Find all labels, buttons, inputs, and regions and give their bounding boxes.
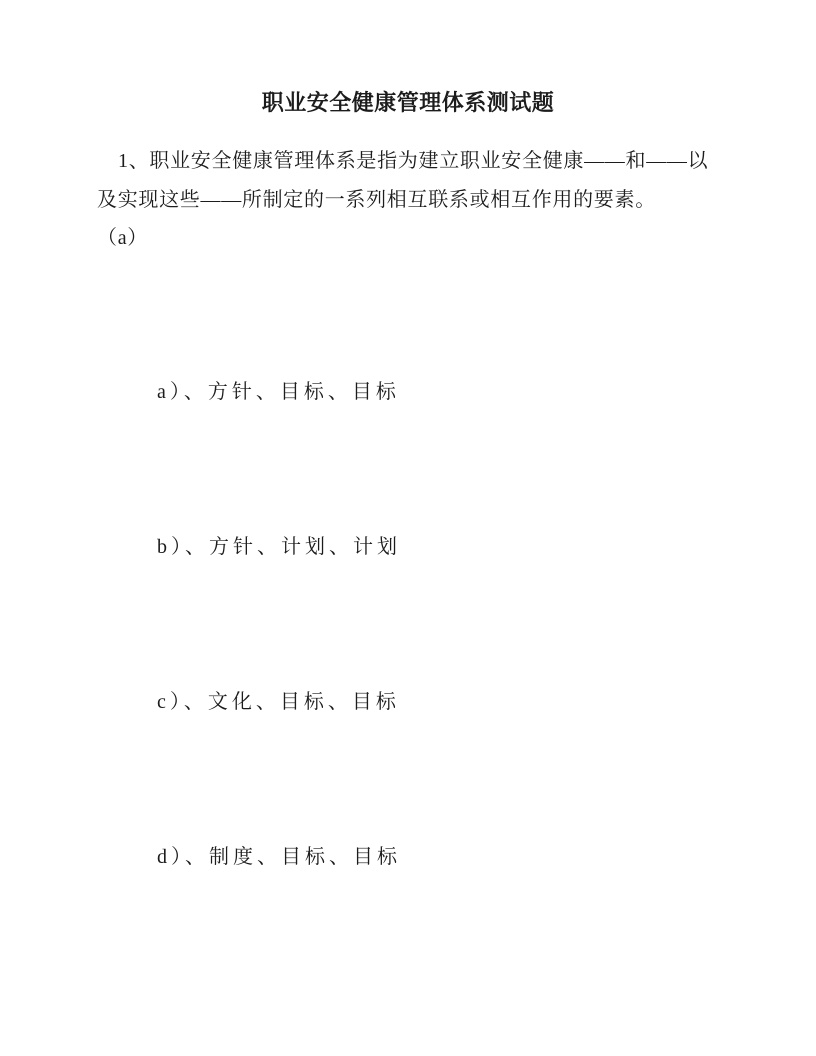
document-page: 职业安全健康管理体系测试题 1、职业安全健康管理体系是指为建立职业安全健康——和… [0,0,816,1056]
document-title: 职业安全健康管理体系测试题 [0,90,816,116]
question-line-1: 1、职业安全健康管理体系是指为建立职业安全健康——和——以 [97,142,722,181]
answer-indicator: （a） [97,219,722,258]
option-b: b）、方针、计划、计划 [157,535,401,559]
option-a: a）、方针、目标、目标 [157,380,400,404]
option-c: c）、文化、目标、目标 [157,690,400,714]
question-line-2: 及实现这些——所制定的一系列相互联系或相互作用的要素。 [97,181,722,220]
option-d: d）、制度、目标、目标 [157,845,401,869]
question-block: 1、职业安全健康管理体系是指为建立职业安全健康——和——以 及实现这些——所制定… [97,142,722,258]
